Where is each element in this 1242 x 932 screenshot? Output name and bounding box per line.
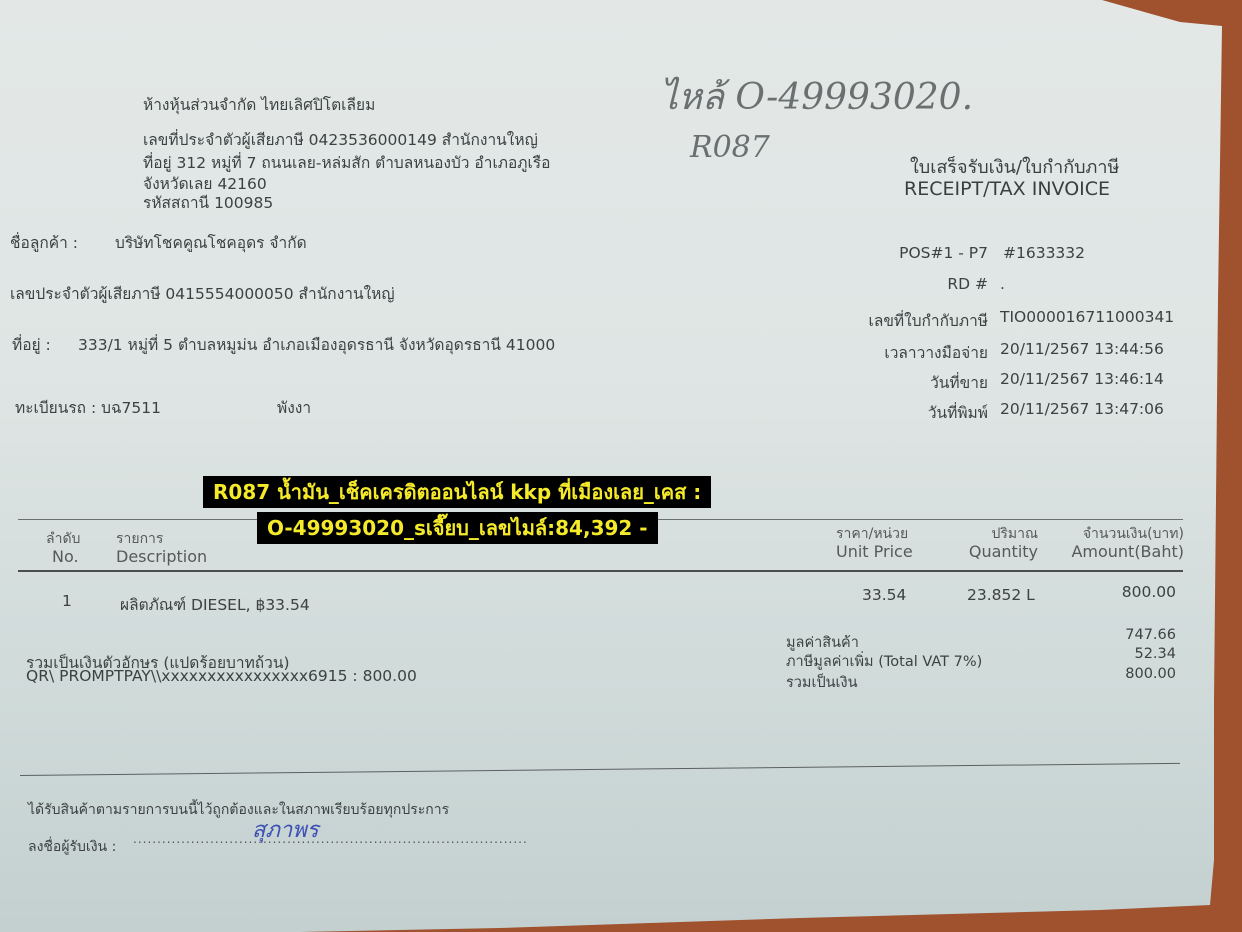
meta-label: วันที่พิมพ์ [928, 400, 988, 425]
meta-label: เวลาวางมือจ่าย [884, 340, 988, 365]
vehicle-province: พังงา [277, 395, 311, 420]
vat-label: ภาษีมูลค่าเพิ่ม (Total VAT 7%) [786, 650, 982, 673]
seller-name: ห้างหุ้นส่วนจำกัด ไทยเลิศปิโตเลียม [143, 92, 375, 117]
meta-value: #1633332 [1003, 244, 1085, 262]
meta-value: 20/11/2567 13:47:06 [1000, 400, 1164, 418]
meta-value: TIO000016711000341 [1000, 308, 1174, 326]
subtotal-value: 747.66 [1125, 627, 1176, 643]
station-code: รหัสสถานี 100985 [143, 190, 273, 215]
meta-value: . [1000, 275, 1005, 293]
row-no: 1 [62, 592, 72, 610]
meta-label: เลขที่ใบกำกับภาษี [869, 308, 988, 333]
signature-line: ........................................… [133, 832, 528, 846]
seller-tax-id: เลขที่ประจำตัวผู้เสียภาษี 0423536000149 … [143, 127, 538, 152]
table-header-rule [18, 570, 1183, 572]
meta-value: 20/11/2567 13:46:14 [1000, 370, 1164, 388]
customer-address: 333/1 หมู่ที่ 5 ตำบลหมูม่น อำเภอเมืองอุด… [78, 332, 555, 357]
payment-method: QR\ PROMPTPAY\\xxxxxxxxxxxxxxxx6915 : 80… [26, 667, 417, 685]
header-amount-english: Amount(Baht) [1071, 542, 1184, 561]
footer-rule [20, 763, 1180, 776]
grand-total-label: รวมเป็นเงิน [786, 671, 858, 694]
meta-label: วันที่ขาย [930, 370, 988, 395]
header-description-english: Description [116, 547, 207, 566]
receipt-paper: ห้างหุ้นส่วนจำกัด ไทยเลิศปิโตเลียม เลขที… [0, 0, 1242, 932]
meta-label: RD # [947, 275, 988, 293]
header-no-english: No. [52, 547, 79, 566]
customer-address-label: ที่อยู่ : [12, 332, 51, 357]
handwritten-case-number: ไหล้ O-49993020. [660, 68, 973, 125]
case-banner-line1: R087 น้ำมัน_เช็คเครดิตออนไลน์ kkp ที่เมื… [203, 476, 711, 508]
signature-label: ลงชื่อผู้รับเงิน : [28, 836, 116, 858]
document-title-thai: ใบเสร็จรับเงิน/ใบกำกับภาษี [910, 152, 1119, 181]
meta-label: POS#1 - P7 [899, 244, 988, 262]
header-unit-price-english: Unit Price [836, 542, 913, 561]
customer-name: บริษัทโชคคูณโชคอุดร จำกัด [115, 230, 307, 255]
case-banner-line2: O-49993020_sเจี๊ยบ_เลขไมล์:84,392 - [257, 512, 658, 544]
row-description: ผลิตภัณฑ์ DIESEL, ฿33.54 [120, 592, 310, 617]
handwritten-signature: สุภาพร [252, 812, 319, 847]
customer-tax-id: เลขประจำตัวผู้เสียภาษี 0415554000050 สำน… [10, 281, 395, 306]
vehicle-plate: ทะเบียนรถ : บฉ7511 [15, 395, 161, 420]
row-quantity: 23.852 L [967, 586, 1035, 604]
header-quantity-english: Quantity [969, 542, 1038, 561]
customer-name-label: ชื่อลูกค้า : [10, 230, 78, 255]
grand-total-value: 800.00 [1125, 666, 1176, 682]
handwritten-code: R087 [690, 130, 770, 165]
row-amount: 800.00 [1122, 583, 1176, 601]
vat-value: 52.34 [1134, 646, 1176, 662]
row-unit-price: 33.54 [862, 586, 906, 604]
received-statement: ได้รับสินค้าตามรายการบนนี้ไว้ถูกต้องและใ… [28, 799, 449, 821]
document-title-english: RECEIPT/TAX INVOICE [904, 178, 1110, 200]
meta-value: 20/11/2567 13:44:56 [1000, 340, 1164, 358]
